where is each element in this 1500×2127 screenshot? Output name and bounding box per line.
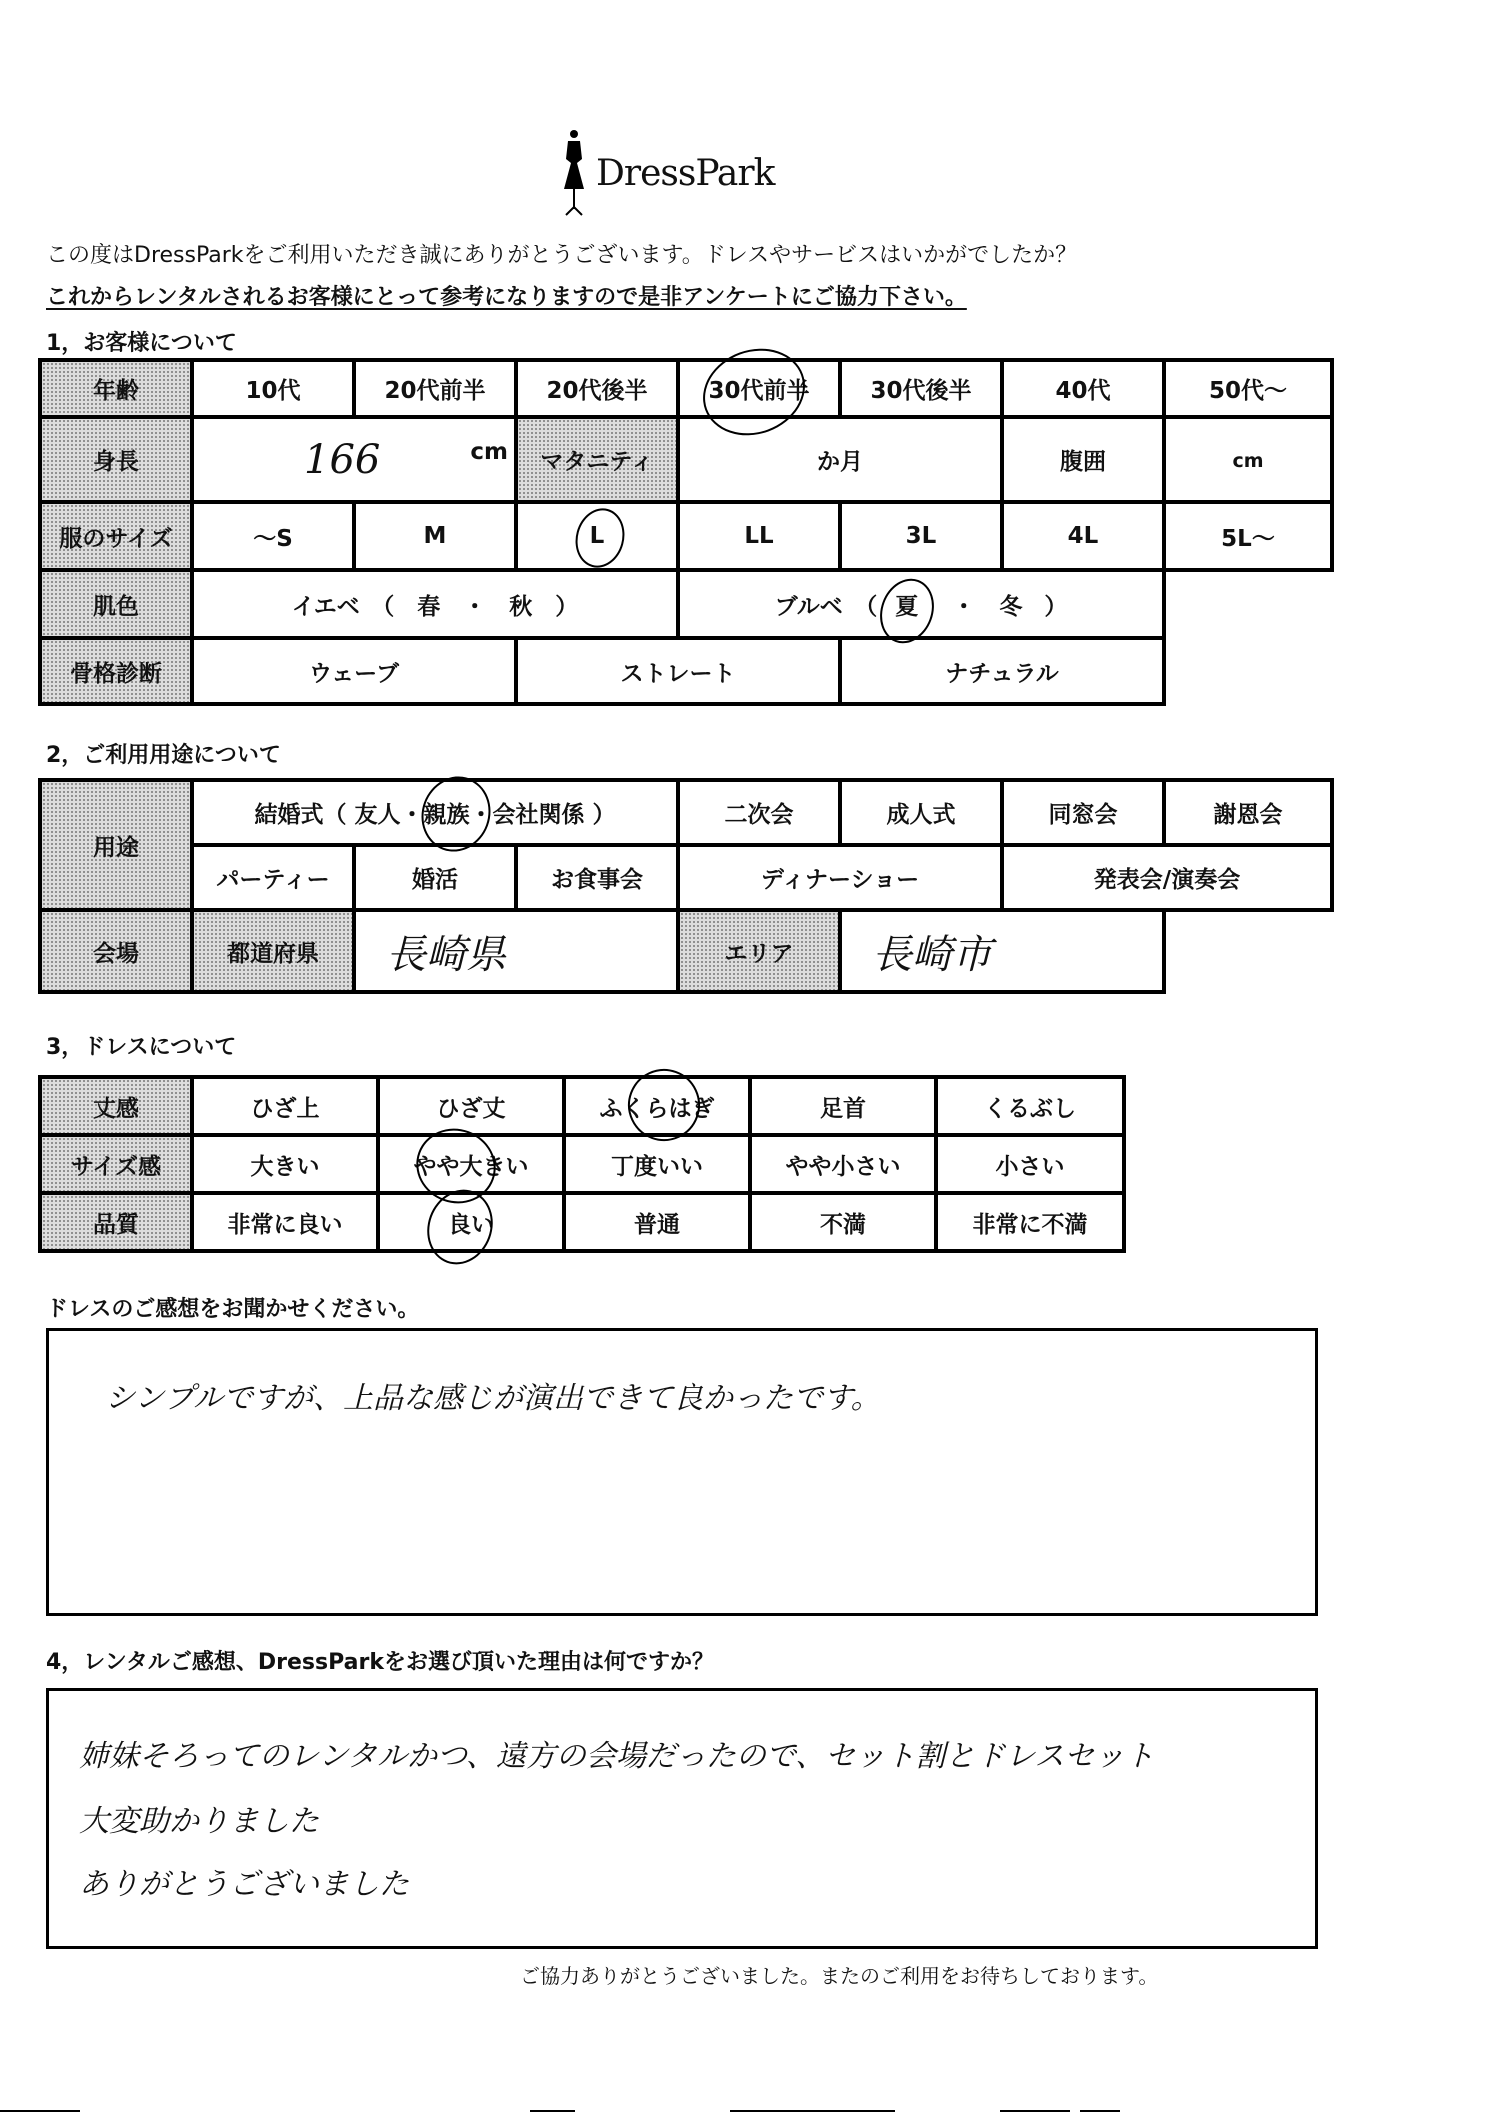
section1-title: 1，お客様について <box>46 326 237 357</box>
dress-form-icon <box>560 129 588 217</box>
length-option-label: ふくらはぎ <box>600 1096 715 1122</box>
dress-comments-box[interactable]: シンプルですが、上品な感じが演出できて良かったです。 <box>46 1328 1318 1616</box>
age-label: 年齢 <box>40 360 192 417</box>
size-option[interactable]: 3L <box>840 502 1002 570</box>
purpose-option[interactable]: ディナーショー <box>678 845 1002 910</box>
waist-field[interactable]: cm <box>1164 417 1332 502</box>
blue-prefix: ブルベ （ <box>775 594 878 620</box>
length-option[interactable]: ひざ上 <box>192 1077 378 1135</box>
skeleton-option[interactable]: ナチュラル <box>840 638 1164 704</box>
size-option[interactable]: M <box>354 502 516 570</box>
purpose-option[interactable]: 成人式 <box>840 780 1002 845</box>
fit-label: サイズ感 <box>40 1135 192 1193</box>
length-option[interactable]: 足首 <box>750 1077 936 1135</box>
wedding-label: 結婚式（ 友人・親族・会社関係 ） <box>254 802 615 828</box>
customer-info-table: 年齢 10代 20代前半 20代後半 30代前半 30代後半 40代 50代～ … <box>38 358 1334 706</box>
age-option[interactable]: 20代前半 <box>354 360 516 417</box>
usage-table: 用途 結婚式（ 友人・親族・会社関係 ） 二次会 成人式 同窓会 謝恩会 パーテ… <box>38 778 1334 994</box>
blue-winter[interactable]: 冬 <box>999 594 1022 620</box>
size-option[interactable]: LL <box>678 502 840 570</box>
intro-thanks: この度はDressParkをご利用いただき誠にありがとうございます。ドレスやサー… <box>46 238 1077 269</box>
blue-suffix: ） <box>1044 594 1067 620</box>
section4-title: 4，レンタルご感想、DressParkをお選び頂いた理由は何ですか？ <box>46 1645 714 1676</box>
size-option[interactable]: 4L <box>1002 502 1164 570</box>
brand-name: DressPark <box>596 153 774 194</box>
size-option-label: L <box>590 523 605 549</box>
prefecture-field[interactable]: 長崎県 <box>354 910 678 992</box>
skeleton-label: 骨格診断 <box>40 638 192 704</box>
dresspark-logo: DressPark <box>560 128 800 218</box>
skin-yellow-option[interactable]: イエベ （ 春 ・ 秋 ） <box>192 570 678 638</box>
age-option[interactable]: 40代 <box>1002 360 1164 417</box>
purpose-option[interactable]: パーティー <box>192 845 354 910</box>
purpose-option[interactable]: 同窓会 <box>1002 780 1164 845</box>
purpose-option[interactable]: お食事会 <box>516 845 678 910</box>
height-label: 身長 <box>40 417 192 502</box>
blue-dot: ・ <box>952 594 975 620</box>
skin-blue-option[interactable]: ブルベ （ 夏 ・ 冬 ） <box>678 570 1164 638</box>
rental-comments-line: 姉妹そろってのレンタルかつ、遠方の会場だったので、セット割とドレスセット <box>79 1731 1154 1775</box>
quality-option-label: 良い <box>448 1212 494 1238</box>
maternity-months-field[interactable]: か月 <box>678 417 1002 502</box>
size-option[interactable]: 5L～ <box>1164 502 1332 570</box>
skin-label: 肌色 <box>40 570 192 638</box>
skeleton-option[interactable]: ストレート <box>516 638 840 704</box>
empty-cell <box>1164 910 1332 992</box>
quality-option-selected[interactable]: 良い <box>378 1193 564 1251</box>
quality-option[interactable]: 非常に良い <box>192 1193 378 1251</box>
purpose-option[interactable]: 二次会 <box>678 780 840 845</box>
height-field[interactable]: 166 cm <box>192 417 516 502</box>
prefecture-label: 都道府県 <box>192 910 354 992</box>
age-option[interactable]: 50代～ <box>1164 360 1332 417</box>
scan-artifact <box>730 2110 895 2112</box>
fit-option-selected[interactable]: やや大きい <box>378 1135 564 1193</box>
dress-comments-title: ドレスのご感想をお聞かせください。 <box>46 1292 419 1323</box>
prefecture-value: 長崎県 <box>386 932 506 978</box>
size-label: 服のサイズ <box>40 502 192 570</box>
intro-request: これからレンタルされるお客様にとって参考になりますので是非アンケートにご協力下さ… <box>46 280 967 311</box>
waist-unit: cm <box>1232 450 1263 472</box>
length-option[interactable]: くるぶし <box>936 1077 1124 1135</box>
footer-thanks: ご協力ありがとうございました。またのご利用をお待ちしております。 <box>520 1960 1158 1989</box>
area-value: 長崎市 <box>872 932 992 978</box>
fit-option[interactable]: 小さい <box>936 1135 1124 1193</box>
dress-comments-text: シンプルですが、上品な感じが演出できて良かったです。 <box>105 1373 881 1417</box>
empty-cell <box>1164 638 1332 704</box>
empty-cell <box>1164 570 1332 638</box>
area-field[interactable]: 長崎市 <box>840 910 1164 992</box>
waist-label: 腹囲 <box>1002 417 1164 502</box>
purpose-option[interactable]: 婚活 <box>354 845 516 910</box>
scan-artifact <box>530 2110 575 2112</box>
length-label: 丈感 <box>40 1077 192 1135</box>
age-option[interactable]: 30代後半 <box>840 360 1002 417</box>
rental-comments-box[interactable]: 姉妹そろってのレンタルかつ、遠方の会場だったので、セット割とドレスセット 大変助… <box>46 1688 1318 1949</box>
scan-artifact <box>1080 2110 1120 2112</box>
months-unit: か月 <box>817 449 863 475</box>
age-option[interactable]: 20代後半 <box>516 360 678 417</box>
quality-option[interactable]: 不満 <box>750 1193 936 1251</box>
fit-option[interactable]: 大きい <box>192 1135 378 1193</box>
area-label: エリア <box>678 910 840 992</box>
age-option[interactable]: 10代 <box>192 360 354 417</box>
maternity-label: マタニティ <box>516 417 678 502</box>
fit-option[interactable]: 丁度いい <box>564 1135 750 1193</box>
purpose-option[interactable]: 謝恩会 <box>1164 780 1332 845</box>
purpose-label: 用途 <box>40 780 192 910</box>
age-option-label: 30代前半 <box>708 378 809 404</box>
height-unit: cm <box>470 439 508 465</box>
height-value: 166 <box>304 437 380 483</box>
venue-label: 会場 <box>40 910 192 992</box>
rental-comments-line: 大変助かりました <box>79 1796 319 1840</box>
length-option[interactable]: ひざ丈 <box>378 1077 564 1135</box>
fit-option-label: やや大きい <box>414 1154 529 1180</box>
quality-option[interactable]: 普通 <box>564 1193 750 1251</box>
size-option-selected[interactable]: L <box>516 502 678 570</box>
dress-eval-table: 丈感 ひざ上 ひざ丈 ふくらはぎ 足首 くるぶし サイズ感 大きい やや大きい … <box>38 1075 1126 1253</box>
skeleton-option[interactable]: ウェーブ <box>192 638 516 704</box>
purpose-wedding[interactable]: 結婚式（ 友人・親族・会社関係 ） <box>192 780 678 845</box>
summer-label: 夏 <box>895 594 918 620</box>
purpose-option[interactable]: 発表会/演奏会 <box>1002 845 1332 910</box>
quality-option[interactable]: 非常に不満 <box>936 1193 1124 1251</box>
scan-artifact <box>0 2110 80 2112</box>
section3-title: 3，ドレスについて <box>46 1030 236 1061</box>
section2-title: 2，ご利用用途について <box>46 738 281 769</box>
rental-comments-line: ありがとうございました <box>79 1859 409 1903</box>
length-option-selected[interactable]: ふくらはぎ <box>564 1077 750 1135</box>
scan-artifact <box>1000 2110 1070 2112</box>
age-option-selected[interactable]: 30代前半 <box>678 360 840 417</box>
fit-option[interactable]: やや小さい <box>750 1135 936 1193</box>
size-option[interactable]: ～S <box>192 502 354 570</box>
blue-summer[interactable]: 夏 <box>895 594 918 620</box>
quality-label: 品質 <box>40 1193 192 1251</box>
